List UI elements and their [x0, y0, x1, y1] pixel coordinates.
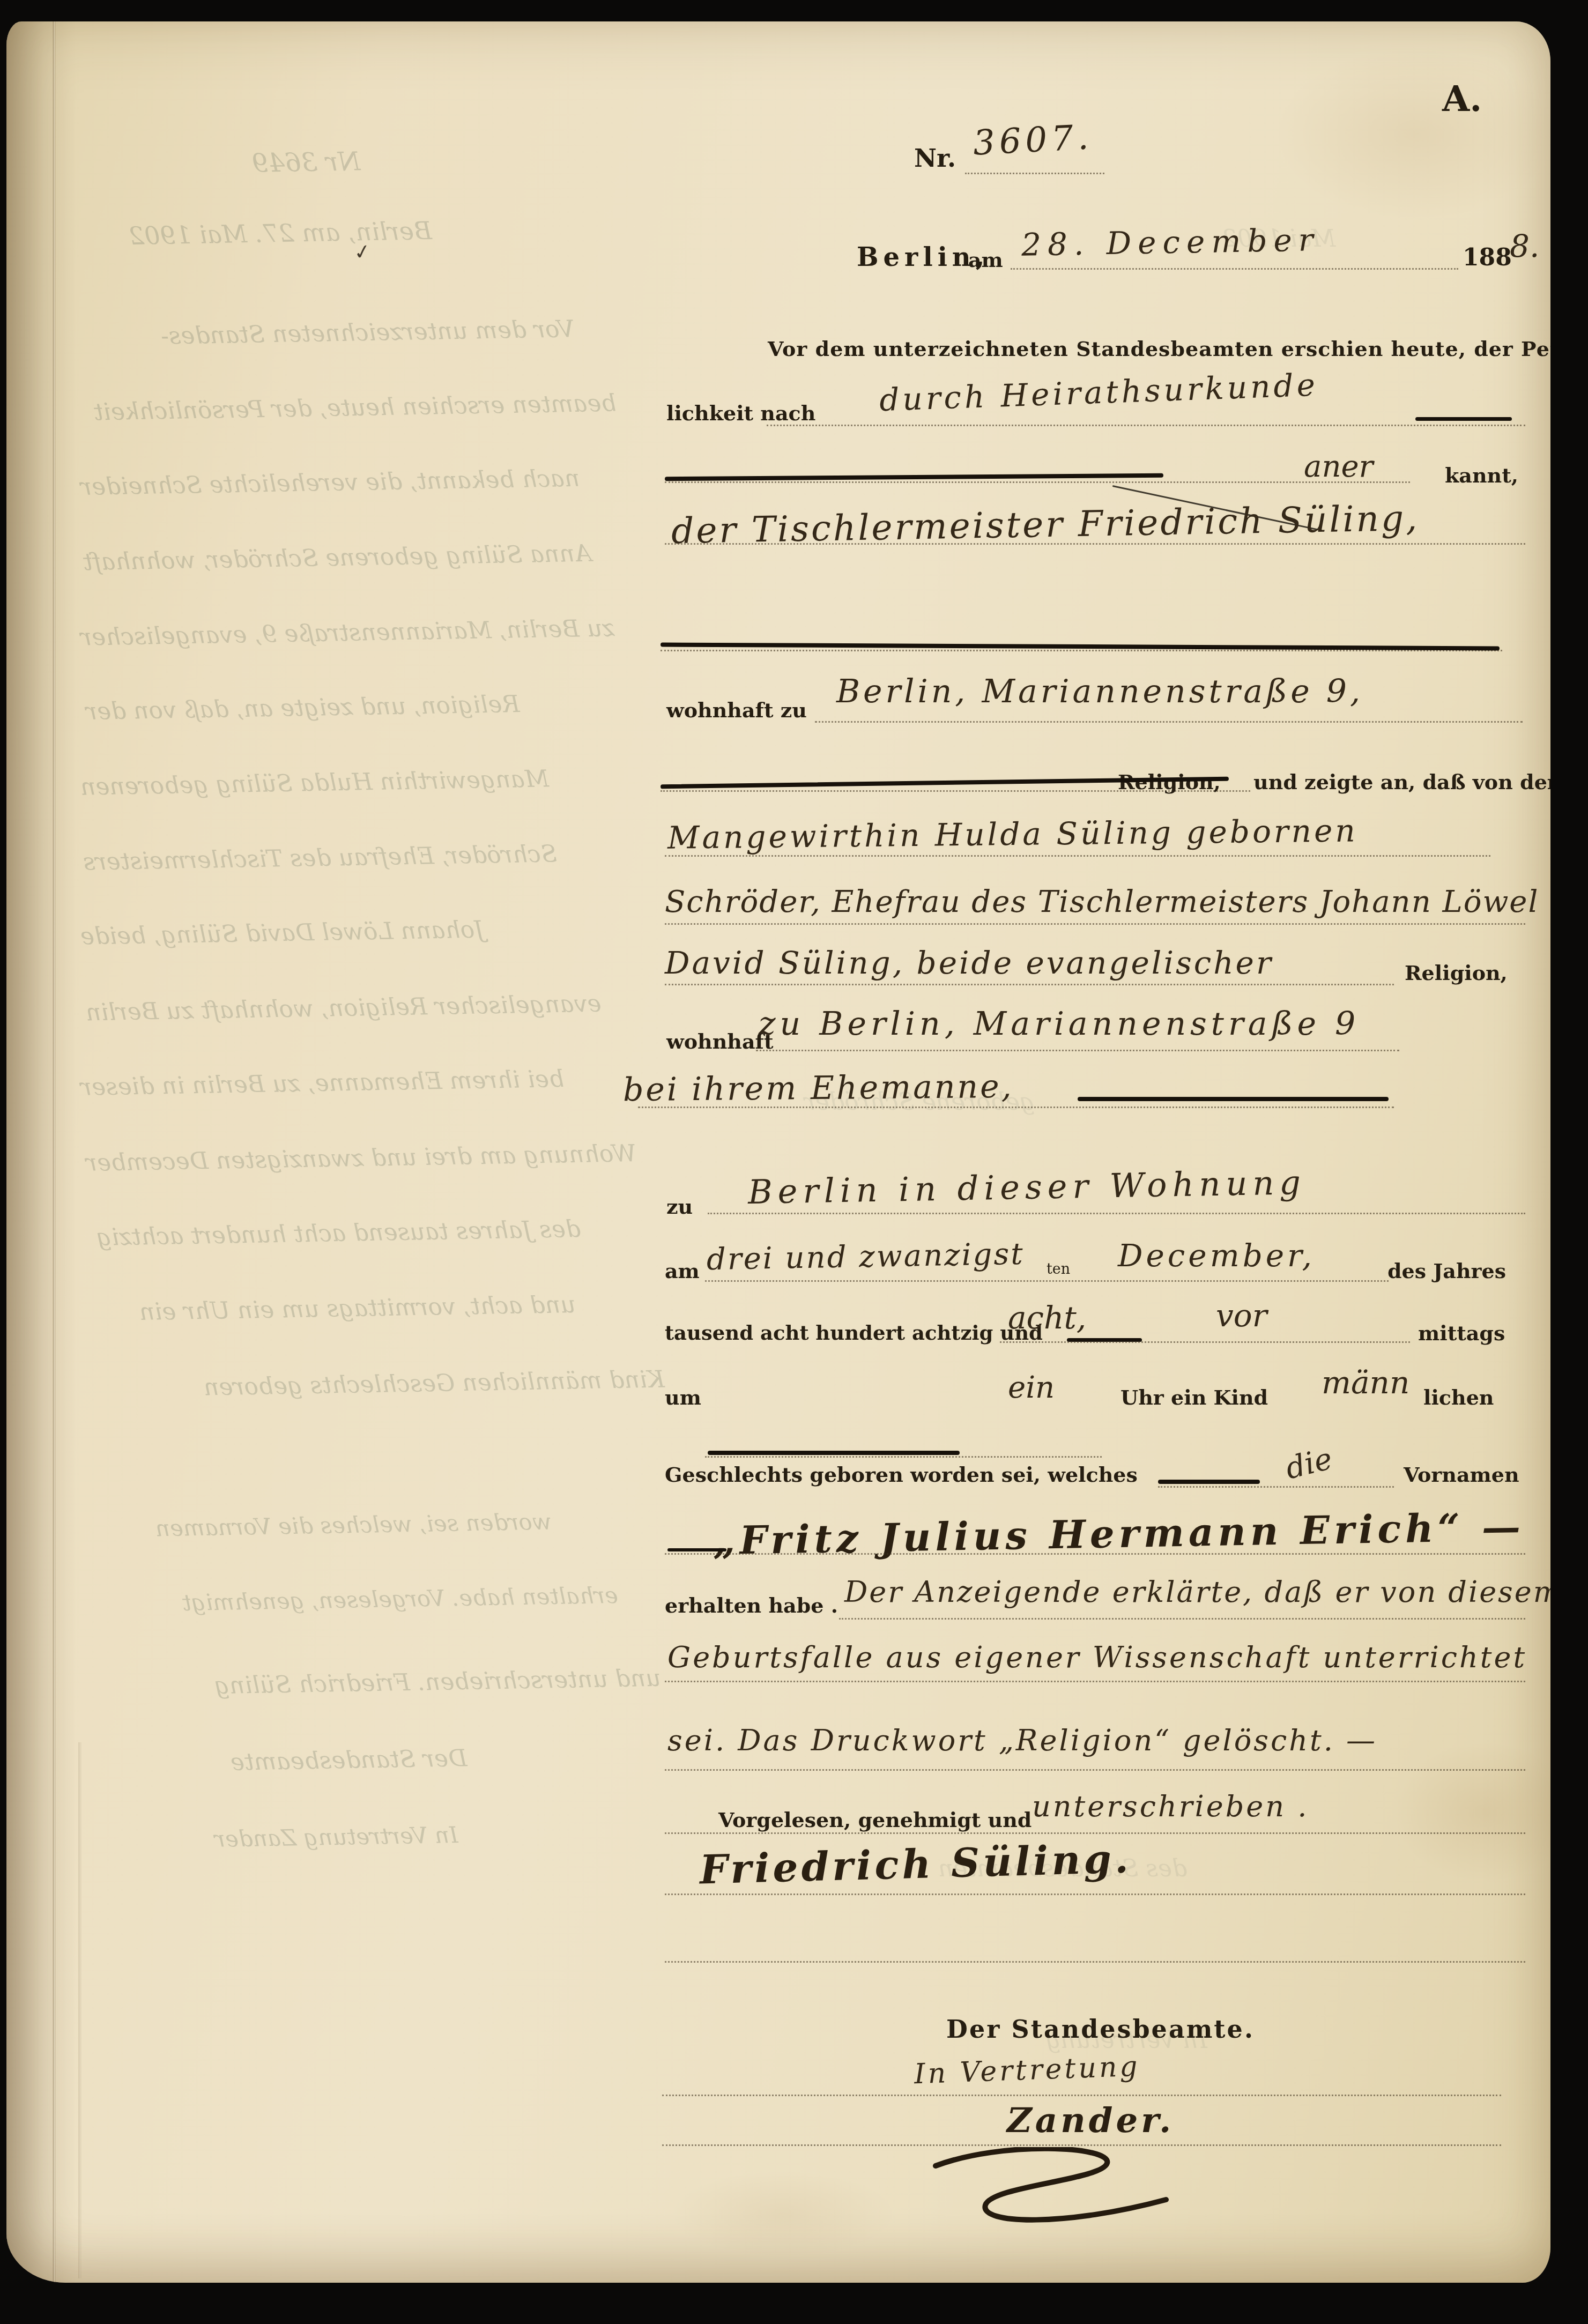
dateline-year-printed: 188 [1463, 244, 1512, 271]
dotted-line [665, 1961, 1525, 1963]
des-jahres-label: des Jahres [1387, 1259, 1506, 1283]
gutter-shadow [6, 21, 76, 2283]
identity-label: lichkeit nach [666, 401, 815, 425]
gender-printed: lichen [1423, 1385, 1494, 1409]
declarant-signature: Friedrich Süling. [699, 1836, 1132, 1893]
bleedthrough-line: erhalten habe. Vorgelesen, genehmigt [182, 1582, 619, 1616]
dotted-line [665, 923, 1525, 925]
identity-value: durch Heirathsurkunde [879, 367, 1319, 419]
bleedthrough-line: Der Standesbeamte [231, 1744, 468, 1776]
dotted-line [665, 1681, 1525, 1682]
dotted-line [1158, 1486, 1394, 1488]
deputy-note: In Vertretung [914, 2051, 1141, 2091]
dotted-line [665, 984, 1394, 985]
dotted-line [665, 1553, 1525, 1555]
dateline-date-value: 28. December [1021, 221, 1320, 263]
bleedthrough-line: Schröder, Ehefrau des Tischlermeisters [83, 840, 558, 875]
page-crease-lower [78, 1742, 81, 2278]
announce-printed: und zeigte an, daß von der [1253, 770, 1550, 794]
religion-printed: Religion, [1405, 961, 1508, 985]
birthday-ten-suffix: ten [1047, 1261, 1070, 1278]
dotted-line [815, 721, 1523, 723]
dotted-line [665, 1769, 1525, 1771]
birthday-month-value: December, [1118, 1237, 1315, 1274]
names-blank-strike [1158, 1480, 1260, 1484]
birthday-am-label: am [665, 1259, 700, 1283]
um-label: um [665, 1385, 701, 1409]
paper-stain [1276, 48, 1550, 220]
signature-flourish [922, 2147, 1179, 2238]
bleedthrough-line: beamten erschien heute, der Persönlichke… [94, 389, 617, 426]
form-corner-letter: A. [1442, 78, 1482, 120]
closing-printed: Vorgelesen, genehmigt und [718, 1808, 1032, 1832]
bleedthrough-line: Mangewirthin Hulda Süling geborenen [80, 765, 550, 800]
note-line-2: Geburtsfalle aus eigener Wissenschaft un… [667, 1640, 1527, 1674]
dotted-line [756, 1050, 1399, 1051]
bleedthrough-line: worden sei, welches die Vornamen [155, 1509, 552, 1542]
names-lead-dash [667, 1548, 726, 1551]
dotted-line [965, 173, 1104, 174]
residence3-dash [1078, 1097, 1389, 1101]
bleedthrough-line: des Jahres tausend acht hundert achtzig [97, 1215, 581, 1251]
dotted-line [662, 2144, 1501, 2146]
bleedthrough-line: bei ihrem Ehemanne, zu Berlin in dieser [80, 1065, 565, 1101]
bleedthrough-line: und acht, vormittags um ein Uhr ein [139, 1291, 576, 1326]
registry-number-label: Nr. [914, 144, 956, 173]
bleedthrough-line: Anna Süling geborene Schröder, wohnhaft [83, 540, 592, 576]
sex-line: Geschlechts geboren worden sei, welches [665, 1462, 1138, 1487]
paper-stain [670, 2171, 895, 2257]
dotted-line [665, 1894, 1525, 1895]
dotted-line [665, 481, 1410, 483]
gender-written: männ [1322, 1364, 1409, 1401]
dotted-line [665, 543, 1525, 545]
dotted-line [665, 1832, 1525, 1834]
vornamen-label: Vornamen [1404, 1462, 1519, 1487]
note-line-1: Der Anzeigende erklärte, daß er von dies… [844, 1575, 1550, 1609]
residence-value: Berlin, Mariannenstraße 9, [836, 673, 1363, 710]
dotted-line [1011, 268, 1458, 270]
dotted-line [1000, 1341, 1410, 1343]
recognized-written: aner [1304, 449, 1373, 484]
bleedthrough-line: Berlin, am 27. Mai 1902 [129, 216, 433, 250]
bleedthrough-line: Religion, und zeigte an, daß von der [86, 690, 520, 725]
closing-written: unterschrieben . [1032, 1790, 1309, 1823]
book-page-edge [1522, 29, 1550, 2270]
page-content: Nr 3649 Berlin, am 27. Mai 1902 Vor dem … [6, 21, 1550, 2283]
mother-line-3: David Süling, beide evangelischer [665, 945, 1273, 981]
bleedthrough-line: zu Berlin, Mariannenstraße 9, evangelisc… [80, 614, 615, 651]
birthplace-label: zu [666, 1194, 693, 1219]
document-page: Nr 3649 Berlin, am 27. Mai 1902 Vor dem … [6, 21, 1550, 2283]
dotted-line [708, 1213, 1525, 1214]
registrar-signature: Zander. [1007, 2100, 1174, 2141]
birthplace-value: Berlin in dieser Wohnung [747, 1163, 1306, 1212]
birthday-day-value: drei und zwanzigst [706, 1237, 1025, 1277]
scan-stage: Nr 3649 Berlin, am 27. Mai 1902 Vor dem … [0, 0, 1588, 2324]
dotted-line [705, 1456, 1102, 1458]
bleedthrough-line: Nr 3649 [252, 146, 361, 179]
daytime-written: vor [1216, 1297, 1267, 1334]
residence-label: wohnhaft zu [666, 698, 807, 722]
hour-written: ein [1008, 1370, 1055, 1405]
dateline-am-label: am [968, 248, 1003, 272]
bleedthrough-line: und unterschrieben. Friedrich Süling [214, 1665, 661, 1700]
hour-strike [708, 1451, 960, 1455]
registry-number-value: 3607. [972, 117, 1094, 164]
mother-line-1: Mangewirthin Hulda Süling gebornen [667, 812, 1358, 856]
mother-line-2: Schröder, Ehefrau des Tischlermeisters J… [665, 885, 1539, 919]
note-line-3: sei. Das Druckwort „Religion“ gelöscht. … [667, 1724, 1377, 1757]
uhr-kind-label: Uhr ein Kind [1120, 1385, 1268, 1409]
dotted-line [665, 855, 1490, 857]
bleedthrough-line: Vor dem unterzeichneten Standes- [161, 315, 575, 350]
residence3-value: bei ihrem Ehemanne, [623, 1068, 1014, 1109]
dotted-line [705, 1280, 1389, 1282]
bleedthrough-line: Wohnung am drei und zwanzigsten December [86, 1140, 636, 1177]
identity-dash [1415, 417, 1512, 421]
intro-line: Vor dem unterzeichneten Standesbeamten e… [768, 337, 1550, 361]
dotted-line [767, 425, 1525, 426]
dotted-line [661, 650, 1502, 651]
die-written: die [1282, 1441, 1335, 1486]
thousand-line: tausend acht hundert achtzig und [665, 1321, 1043, 1345]
blank-strike [665, 473, 1163, 481]
daytime-printed: mittags [1418, 1321, 1505, 1345]
page-crease [53, 21, 56, 2283]
residence2-value: zu Berlin, Mariannenstraße 9 [759, 1005, 1360, 1043]
erhalten-label: erhalten habe . [665, 1593, 838, 1617]
dotted-line [839, 1618, 1525, 1620]
dotted-line [638, 1107, 1394, 1108]
registrar-heading: Der Standesbeamte. [946, 2015, 1255, 2044]
bleedthrough-line: evangelischer Religion, wohnhaft zu Berl… [86, 990, 602, 1027]
dotted-line [662, 2095, 1501, 2096]
year-written: acht, [1008, 1300, 1086, 1336]
bleedthrough-line: Kind männlichen Geschlechts geboren [204, 1366, 665, 1401]
bleedthrough-line: nach bekannt, die verehelichte Schneider [80, 465, 580, 501]
bleedthrough-line: In Vertretung Zander [214, 1822, 458, 1852]
bleedthrough-line: Johann Löwel David Süling, beide [80, 916, 485, 950]
recognized-printed: kannt, [1445, 463, 1518, 487]
